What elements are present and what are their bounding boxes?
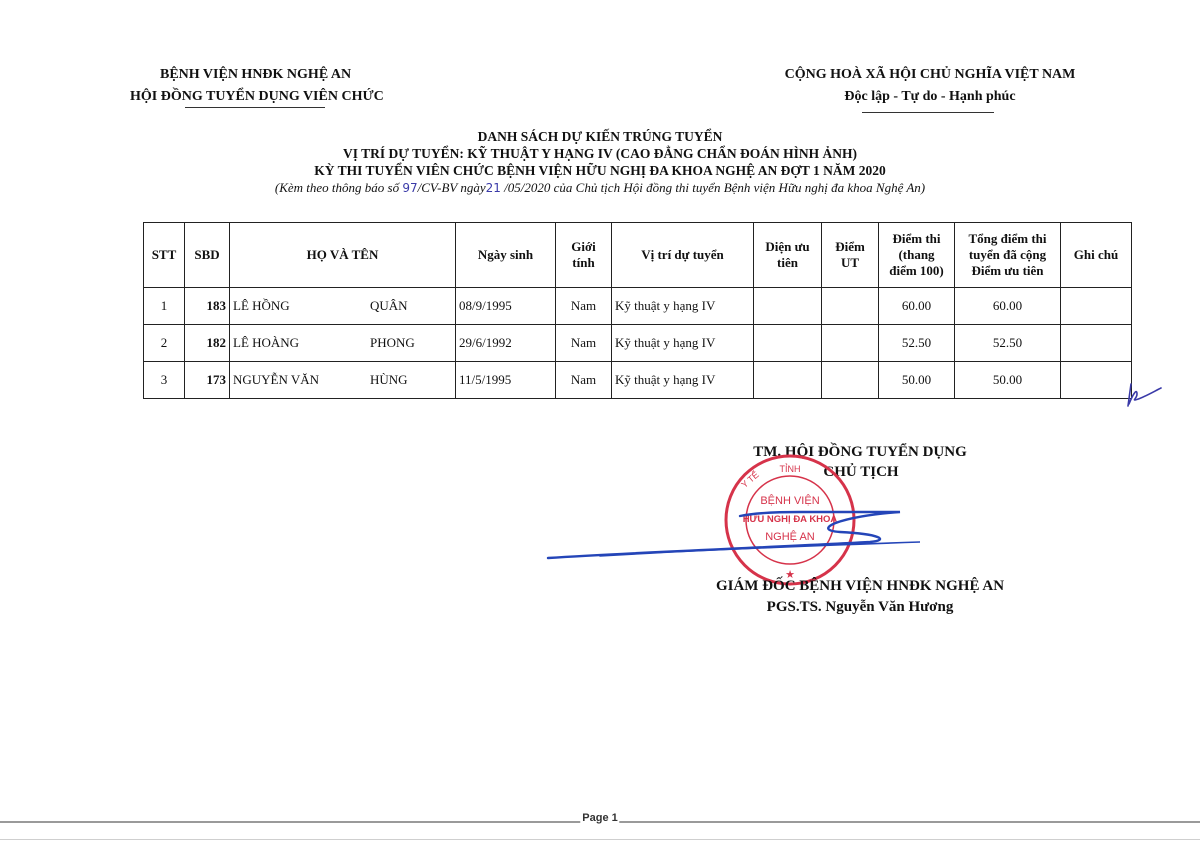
table-row: 2 182 LÊ HOÀNGPHONG 29/6/1992 Nam Kỹ thu… xyxy=(144,325,1132,362)
initials-scribble-icon xyxy=(1125,380,1165,410)
header-score-line2: (thang xyxy=(898,247,934,262)
header-total: Tổng điểm thituyển đã cộngĐiểm ưu tiên xyxy=(955,223,1061,288)
header-priority-line2: tiên xyxy=(777,255,798,270)
cell-sex: Nam xyxy=(556,288,612,325)
handwritten-number: 97 xyxy=(402,181,417,195)
cell-priority xyxy=(754,362,822,399)
cell-priority-points xyxy=(822,288,879,325)
cell-priority xyxy=(754,288,822,325)
cell-dob: 11/5/1995 xyxy=(456,362,556,399)
header-priority: Diện ưutiên xyxy=(754,223,822,288)
cell-note xyxy=(1061,325,1132,362)
hospital-name: BỆNH VIỆN HNĐK NGHỆ AN xyxy=(130,64,430,86)
document-title-block: DANH SÁCH DỰ KIẾN TRÚNG TUYỂN VỊ TRÍ DỰ … xyxy=(150,128,1050,197)
cell-sbd: 182 xyxy=(185,325,230,362)
reference-note-prefix: (Kèm theo thông báo số xyxy=(275,180,402,195)
cell-priority-points xyxy=(822,362,879,399)
national-motto: Độc lập - Tự do - Hạnh phúc xyxy=(760,86,1100,108)
header-sex-line2: tính xyxy=(572,255,594,270)
header-right-underline xyxy=(862,112,994,113)
cell-sex: Nam xyxy=(556,325,612,362)
committee-name: HỘI ĐỒNG TUYỂN DỤNG VIÊN CHỨC xyxy=(130,86,430,108)
reference-note: (Kèm theo thông báo số 97/CV-BV ngày21 /… xyxy=(150,179,1050,197)
header-note: Ghi chú xyxy=(1061,223,1132,288)
cell-last-middle-name: LÊ HỒNG xyxy=(233,298,370,314)
national-header: CỘNG HOÀ XÃ HỘI CHỦ NGHĨA VIỆT NAM Độc l… xyxy=(760,64,1100,108)
page-number: Page 1 xyxy=(580,812,619,824)
cell-note xyxy=(1061,288,1132,325)
table-header-row: STT SBD HỌ VÀ TÊN Ngày sinh Giớitính Vị … xyxy=(144,223,1132,288)
header-priority-points: ĐiểmUT xyxy=(822,223,879,288)
header-sex-line1: Giới xyxy=(571,239,596,254)
cell-total: 60.00 xyxy=(955,288,1061,325)
header-position: Vị trí dự tuyển xyxy=(612,223,754,288)
signature-scribble-icon xyxy=(540,490,920,570)
cell-score: 60.00 xyxy=(879,288,955,325)
cell-score: 52.50 xyxy=(879,325,955,362)
header-priority-points-line1: Điểm xyxy=(835,239,865,254)
cell-name: LÊ HỒNGQUÂN xyxy=(230,288,456,325)
stamp-left-text: Y TẾ xyxy=(739,470,761,490)
cell-total: 52.50 xyxy=(955,325,1061,362)
cell-position: Kỹ thuật y hạng IV xyxy=(612,362,754,399)
exam-subtitle: KỲ THI TUYỂN VIÊN CHỨC BỆNH VIỆN HỮU NGH… xyxy=(150,162,1050,179)
director-block: GIÁM ĐỐC BỆNH VIỆN HNĐK NGHỆ AN PGS.TS. … xyxy=(670,576,1050,618)
cell-name: NGUYỄN VĂNHÙNG xyxy=(230,362,456,399)
reference-note-mid: /CV-BV ngày xyxy=(418,180,486,195)
cell-stt: 1 xyxy=(144,288,185,325)
header-priority-points-line2: UT xyxy=(841,255,859,270)
footer-divider-lower xyxy=(0,839,1200,840)
country-name: CỘNG HOÀ XÃ HỘI CHỦ NGHĨA VIỆT NAM xyxy=(760,64,1100,86)
reference-note-suffix: /05/2020 của Chủ tịch Hội đồng thi tuyển… xyxy=(501,180,925,195)
cell-position: Kỹ thuật y hạng IV xyxy=(612,288,754,325)
cell-name: LÊ HOÀNGPHONG xyxy=(230,325,456,362)
header-left-underline xyxy=(185,107,325,108)
cell-first-name: QUÂN xyxy=(370,298,408,313)
director-name: PGS.TS. Nguyễn Văn Hương xyxy=(670,597,1050,618)
document-title: DANH SÁCH DỰ KIẾN TRÚNG TUYỂN xyxy=(150,128,1050,145)
header-stt: STT xyxy=(144,223,185,288)
header-dob: Ngày sinh xyxy=(456,223,556,288)
candidate-results-table: STT SBD HỌ VÀ TÊN Ngày sinh Giớitính Vị … xyxy=(143,222,1132,399)
director-title: GIÁM ĐỐC BỆNH VIỆN HNĐK NGHỆ AN xyxy=(670,576,1050,597)
table-row: 3 173 NGUYỄN VĂNHÙNG 11/5/1995 Nam Kỹ th… xyxy=(144,362,1132,399)
cell-dob: 08/9/1995 xyxy=(456,288,556,325)
cell-last-middle-name: NGUYỄN VĂN xyxy=(233,372,370,388)
header-score: Điểm thi(thangđiểm 100) xyxy=(879,223,955,288)
stamp-top-text: TỈNH xyxy=(780,463,801,474)
cell-note xyxy=(1061,362,1132,399)
table-row: 1 183 LÊ HỒNGQUÂN 08/9/1995 Nam Kỹ thuật… xyxy=(144,288,1132,325)
header-sex: Giớitính xyxy=(556,223,612,288)
header-total-line3: Điểm ưu tiên xyxy=(971,263,1043,278)
header-total-line1: Tổng điểm thi xyxy=(968,231,1046,246)
cell-position: Kỹ thuật y hạng IV xyxy=(612,325,754,362)
cell-first-name: PHONG xyxy=(370,335,415,350)
cell-sex: Nam xyxy=(556,362,612,399)
handwritten-day: 21 xyxy=(486,181,501,195)
position-subtitle: VỊ TRÍ DỰ TUYỂN: KỸ THUẬT Y HẠNG IV (CAO… xyxy=(150,145,1050,162)
cell-stt: 2 xyxy=(144,325,185,362)
header-name: HỌ VÀ TÊN xyxy=(230,223,456,288)
cell-stt: 3 xyxy=(144,362,185,399)
cell-last-middle-name: LÊ HOÀNG xyxy=(233,335,370,351)
header-sbd: SBD xyxy=(185,223,230,288)
header-total-line2: tuyển đã cộng xyxy=(969,247,1046,262)
cell-sbd: 183 xyxy=(185,288,230,325)
header-score-line1: Điểm thi xyxy=(892,231,940,246)
cell-first-name: HÙNG xyxy=(370,372,408,387)
cell-sbd: 173 xyxy=(185,362,230,399)
cell-priority-points xyxy=(822,325,879,362)
cell-score: 50.00 xyxy=(879,362,955,399)
cell-dob: 29/6/1992 xyxy=(456,325,556,362)
header-score-line3: điểm 100) xyxy=(889,263,944,278)
cell-total: 50.00 xyxy=(955,362,1061,399)
cell-priority xyxy=(754,325,822,362)
organization-header: BỆNH VIỆN HNĐK NGHỆ AN HỘI ĐỒNG TUYỂN DỤ… xyxy=(130,64,430,108)
header-priority-line1: Diện ưu xyxy=(765,239,809,254)
